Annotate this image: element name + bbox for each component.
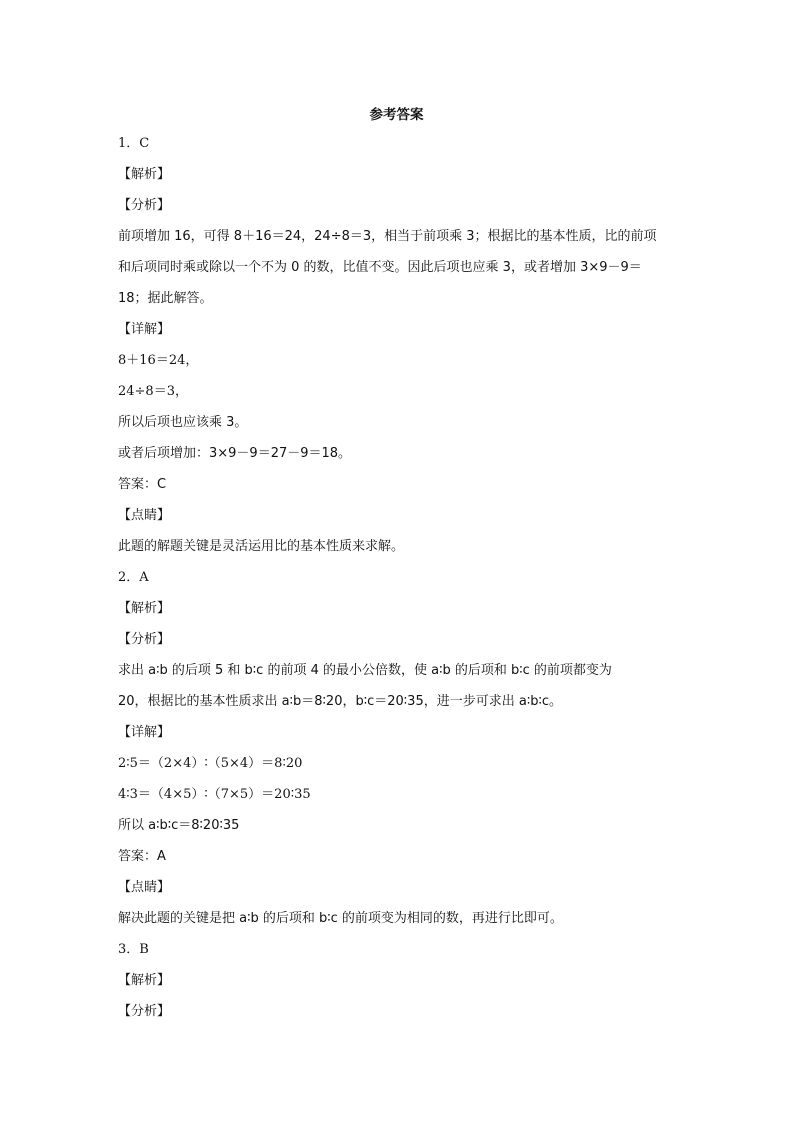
detail-text: 或者后项增加：3×9－9＝27－9＝18。 (118, 444, 678, 475)
analysis-text: 前项增加 16，可得 8＋16＝24，24÷8＝3，相当于前项乘 3；根据比的基… (118, 227, 678, 258)
answer-number: 3．B (118, 940, 678, 971)
answer-body: 1．C 【解析】 【分析】 前项增加 16，可得 8＋16＝24，24÷8＝3，… (118, 134, 678, 1033)
comment-text: 解决此题的关键是把 a∶b 的后项和 b∶c 的前项变为相同的数，再进行比即可。 (118, 909, 678, 940)
section-tag-jiexi: 【解析】 (118, 971, 678, 1002)
analysis-text: 求出 a∶b 的后项 5 和 b∶c 的前项 4 的最小公倍数，使 a∶b 的后… (118, 661, 678, 692)
section-tag-fenxi: 【分析】 (118, 196, 678, 227)
analysis-text: 20，根据比的基本性质求出 a∶b＝8∶20，b∶c＝20∶35，进一步可求出 … (118, 692, 678, 723)
comment-text: 此题的解题关键是灵活运用比的基本性质来求解。 (118, 537, 678, 568)
page-title: 参考答案 (0, 103, 793, 123)
section-tag-jiexi: 【解析】 (118, 599, 678, 630)
detail-text: 2∶5＝（2×4）∶（5×4）＝8∶20 (118, 754, 678, 785)
section-tag-dianjing: 【点睛】 (118, 878, 678, 909)
answer-line: 答案：A (118, 847, 678, 878)
detail-text: 8＋16＝24， (118, 351, 678, 382)
section-tag-xiangjie: 【详解】 (118, 320, 678, 351)
detail-text: 4∶3＝（4×5）∶（7×5）＝20∶35 (118, 785, 678, 816)
analysis-text: 和后项同时乘或除以一个不为 0 的数，比值不变。因此后项也应乘 3，或者增加 3… (118, 258, 678, 289)
answer-line: 答案：C (118, 475, 678, 506)
section-tag-fenxi: 【分析】 (118, 630, 678, 661)
analysis-text: 18；据此解答。 (118, 289, 678, 320)
answer-number: 1．C (118, 134, 678, 165)
section-tag-jiexi: 【解析】 (118, 165, 678, 196)
detail-text: 所以后项也应该乘 3。 (118, 413, 678, 444)
detail-text: 所以 a∶b∶c＝8∶20∶35 (118, 816, 678, 847)
section-tag-fenxi: 【分析】 (118, 1002, 678, 1033)
detail-text: 24÷8＝3， (118, 382, 678, 413)
section-tag-xiangjie: 【详解】 (118, 723, 678, 754)
document-page: 参考答案 1．C 【解析】 【分析】 前项增加 16，可得 8＋16＝24，24… (0, 0, 793, 1122)
answer-number: 2．A (118, 568, 678, 599)
section-tag-dianjing: 【点睛】 (118, 506, 678, 537)
